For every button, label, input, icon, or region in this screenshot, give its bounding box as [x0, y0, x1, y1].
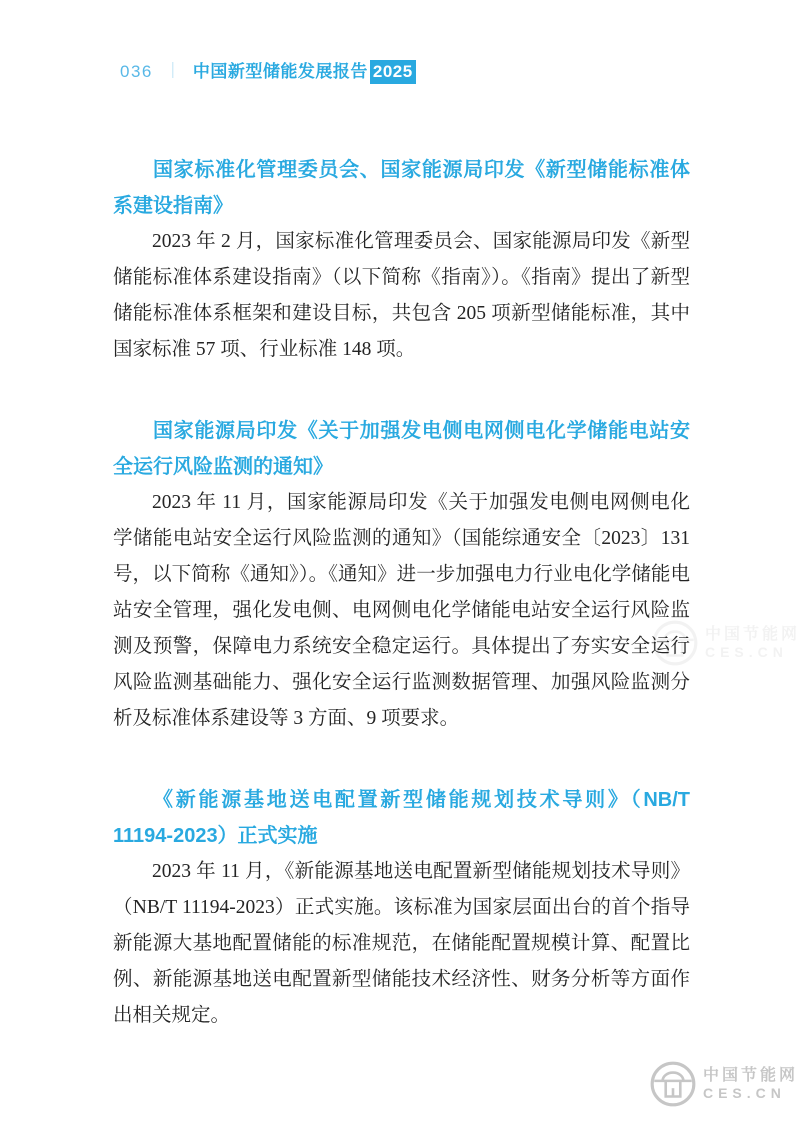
section-heading: 《新能源基地送电配置新型储能规划技术导则》（NB/T 11194-2023）正式… — [113, 782, 690, 854]
year-badge: 2025 — [370, 60, 416, 84]
section-safety-risk-monitoring-notice: 国家能源局印发《关于加强发电侧电网侧电化学储能电站安全运行风险监测的通知》 20… — [113, 413, 690, 737]
section-paragraph: 2023 年 11 月，国家能源局印发《关于加强发电侧电网侧电化学储能电站安全运… — [113, 485, 690, 737]
section-planning-technical-guideline: 《新能源基地送电配置新型储能规划技术导则》（NB/T 11194-2023）正式… — [113, 782, 690, 1034]
watermark-text: 中国节能网 CES.CN — [703, 1066, 798, 1102]
page-header: 036 ｜ 中国新型储能发展报告 2025 — [120, 60, 416, 84]
watermark-bottom: 中国节能网 CES.CN — [648, 1059, 798, 1109]
section-standards-system-guide: 国家标准化管理委员会、国家能源局印发《新型储能标准体系建设指南》 2023 年 … — [113, 152, 690, 368]
section-paragraph: 2023 年 2 月，国家标准化管理委员会、国家能源局印发《新型储能标准体系建设… — [113, 224, 690, 368]
document-page: 036 ｜ 中国新型储能发展报告 2025 中国节能网 CES.CN 国家标准化… — [0, 0, 800, 1123]
section-heading: 国家标准化管理委员会、国家能源局印发《新型储能标准体系建设指南》 — [113, 152, 690, 224]
watermark-site-domain: CES.CN — [703, 1085, 798, 1102]
watermark-site-domain: CES.CN — [705, 644, 800, 661]
section-paragraph: 2023 年 11 月，《新能源基地送电配置新型储能规划技术导则》（NB/T 1… — [113, 854, 690, 1034]
report-title: 中国新型储能发展报告 — [193, 60, 368, 84]
watermark-text: 中国节能网 CES.CN — [705, 625, 800, 661]
page-number: 036 — [120, 60, 153, 84]
watermark-site-name: 中国节能网 — [705, 625, 800, 644]
watermark-site-name: 中国节能网 — [703, 1066, 798, 1085]
ces-globe-icon — [648, 1059, 698, 1109]
header-separator: ｜ — [165, 60, 181, 84]
content-column: 国家标准化管理委员会、国家能源局印发《新型储能标准体系建设指南》 2023 年 … — [113, 152, 690, 1034]
section-heading: 国家能源局印发《关于加强发电侧电网侧电化学储能电站安全运行风险监测的通知》 — [113, 413, 690, 485]
